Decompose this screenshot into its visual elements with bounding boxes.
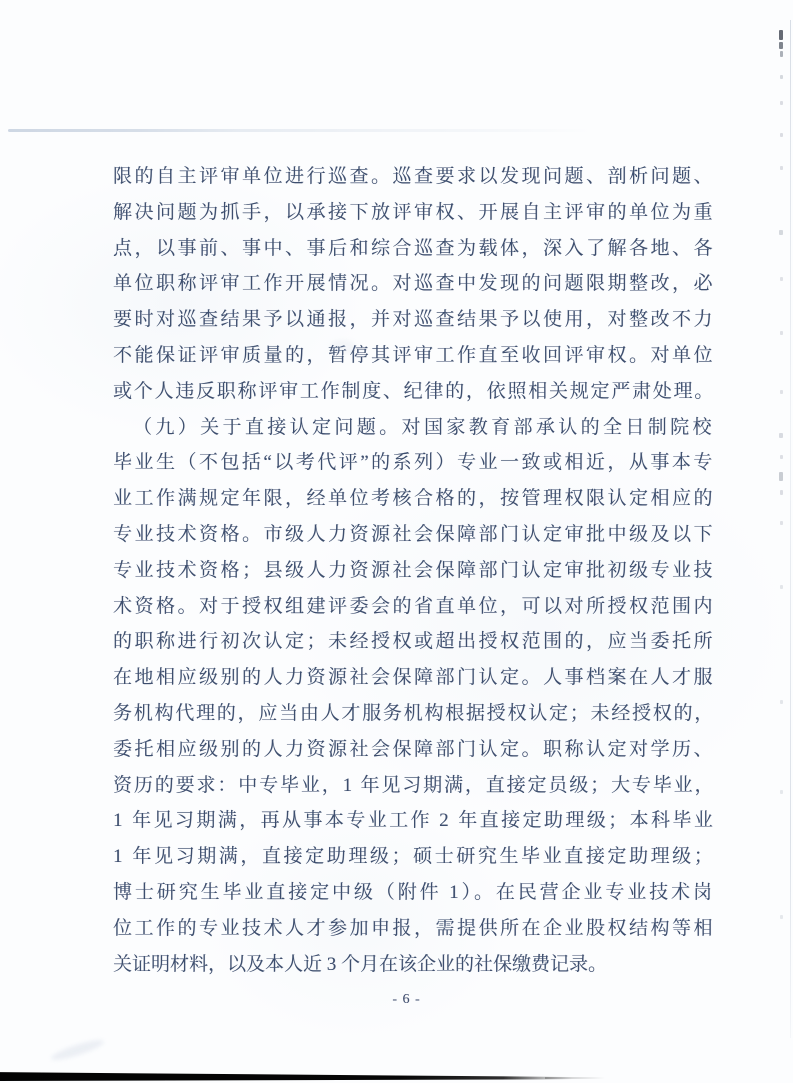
scan-artifact-bottom-bar-tail — [545, 1077, 605, 1079]
scan-artifact-top-line — [8, 129, 593, 132]
scan-artifact-dash — [779, 230, 783, 235]
text-line: 要时对巡查结果予以通报，并对巡查结果予以使用，对整改不力 — [113, 302, 715, 338]
text-line-content: 博士研究生毕业直接定中级（附件 1）。在民营企业专业技术岗 — [113, 875, 715, 911]
scan-artifact-dash — [780, 521, 783, 525]
scan-artifact-dash — [779, 42, 783, 49]
text-line: 位工作的专业技术人才参加申报，需提供所在企业股权结构等相 — [113, 911, 715, 947]
text-line-content: 点，以事前、事中、事后和综合巡查为载体，深入了解各地、各 — [113, 231, 715, 267]
scan-artifact-dash — [779, 30, 783, 40]
text-line: 关证明材料，以及本人近 3 个月在该企业的社保缴费记录。 — [113, 947, 715, 983]
scan-artifact-dash — [780, 915, 783, 919]
text-line-content: 解决问题为抓手，以承接下放评审权、开展自主评审的单位为重 — [113, 195, 715, 231]
text-line-content: 或个人违反职称评审工作制度、纪律的，依照相关规定严肃处理。 — [113, 374, 715, 410]
text-line-content: 不能保证评审质量的，暂停其评审工作直至收回评审权。对单位 — [113, 338, 715, 374]
text-line: 务机构代理的，应当由人才服务机构根据授权认定；未经授权的， — [113, 696, 715, 732]
scan-artifact-dash — [780, 133, 783, 137]
text-line: 1 年见习期满，再从事本专业工作 2 年直接定助理级；本科毕业 — [113, 803, 715, 839]
text-line-content: 务机构代理的，应当由人才服务机构根据授权认定；未经授权的， — [113, 696, 715, 732]
scan-artifact-dash — [780, 51, 783, 57]
scan-artifact-dash — [780, 700, 783, 704]
scan-artifact-dash — [780, 585, 783, 589]
scan-artifact-dash — [780, 490, 783, 495]
scanned-document-page: 限的自主评审单位进行巡查。巡查要求以发现问题、剖析问题、解决问题为抓手，以承接下… — [0, 0, 793, 1083]
scan-artifact-smudge — [50, 1037, 105, 1064]
scan-artifact-smudge — [330, 340, 356, 354]
text-line: 专业技术资格。市级人力资源社会保障部门认定审批中级及以下 — [113, 517, 715, 553]
text-line: 不能保证评审质量的，暂停其评审工作直至收回评审权。对单位 — [113, 338, 715, 374]
text-line-content: 关证明材料，以及本人近 3 个月在该企业的社保缴费记录。 — [113, 947, 607, 983]
text-line: 1 年见习期满，直接定助理级；硕士研究生毕业直接定助理级； — [113, 839, 715, 875]
text-line: 限的自主评审单位进行巡查。巡查要求以发现问题、剖析问题、 — [113, 159, 715, 195]
scan-artifact-dash — [780, 790, 783, 794]
text-line-content: 1 年见习期满，直接定助理级；硕士研究生毕业直接定助理级； — [113, 839, 715, 875]
scan-artifact-dash — [780, 455, 783, 459]
text-line: 单位职称评审工作开展情况。对巡查中发现的问题限期整改，必 — [113, 266, 715, 302]
text-line: 委托相应级别的人力资源社会保障部门认定。职称认定对学历、 — [113, 732, 715, 768]
scan-artifact-bottom-bar — [0, 1072, 572, 1081]
text-line: 点，以事前、事中、事后和综合巡查为载体，深入了解各地、各 — [113, 231, 715, 267]
text-line-content: 专业技术资格。市级人力资源社会保障部门认定审批中级及以下 — [113, 517, 715, 553]
text-line-content: 1 年见习期满，再从事本专业工作 2 年直接定助理级；本科毕业 — [113, 803, 715, 839]
text-line-content: 毕业生（不包括“以考代评”的系列）专业一致或相近，从事本专 — [113, 445, 715, 481]
scan-artifact-right-edge-line — [790, 20, 791, 1038]
scan-artifact-dash — [779, 472, 783, 481]
scan-artifact-dash — [780, 331, 783, 335]
scan-artifact-dash — [780, 75, 783, 79]
text-line: 专业技术资格；县级人力资源社会保障部门认定审批初级专业技 — [113, 553, 715, 589]
scan-artifact-dash — [780, 390, 783, 394]
text-line: 毕业生（不包括“以考代评”的系列）专业一致或相近，从事本专 — [113, 445, 715, 481]
text-line: 资历的要求：中专毕业，1 年见习期满，直接定员级；大专毕业， — [113, 768, 715, 804]
page-number: - 6 - — [10, 992, 793, 1010]
text-line: 或个人违反职称评审工作制度、纪律的，依照相关规定严肃处理。 — [113, 374, 715, 410]
text-line-content: 委托相应级别的人力资源社会保障部门认定。职称认定对学历、 — [113, 732, 715, 768]
text-line: 术资格。对于授权组建评委会的省直单位，可以对所授权范围内 — [113, 589, 715, 625]
text-line-content: 要时对巡查结果予以通报，并对巡查结果予以使用，对整改不力 — [113, 302, 715, 338]
text-line-content: 术资格。对于授权组建评委会的省直单位，可以对所授权范围内 — [113, 589, 715, 625]
text-line-content: 单位职称评审工作开展情况。对巡查中发现的问题限期整改，必 — [113, 266, 715, 302]
document-body-text: 限的自主评审单位进行巡查。巡查要求以发现问题、剖析问题、解决问题为抓手，以承接下… — [113, 159, 715, 982]
text-line-content: 限的自主评审单位进行巡查。巡查要求以发现问题、剖析问题、 — [113, 159, 715, 195]
text-line-content: 位工作的专业技术人才参加申报，需提供所在企业股权结构等相 — [113, 911, 715, 947]
text-line-content: 在地相应级别的人力资源社会保障部门认定。人事档案在人才服 — [113, 660, 715, 696]
text-line: 解决问题为抓手，以承接下放评审权、开展自主评审的单位为重 — [113, 195, 715, 231]
text-line: 在地相应级别的人力资源社会保障部门认定。人事档案在人才服 — [113, 660, 715, 696]
text-line-content: 的职称进行初次认定；未经授权或超出授权范围的，应当委托所 — [113, 624, 715, 660]
scan-artifact-dash — [780, 101, 783, 105]
text-line: 的职称进行初次认定；未经授权或超出授权范围的，应当委托所 — [113, 624, 715, 660]
text-line-content: （九）关于直接认定问题。对国家教育部承认的全日制院校 — [133, 410, 715, 446]
text-line: 博士研究生毕业直接定中级（附件 1）。在民营企业专业技术岗 — [113, 875, 715, 911]
scan-artifact-dash — [780, 166, 783, 170]
text-line-content: 专业技术资格；县级人力资源社会保障部门认定审批初级专业技 — [113, 553, 715, 589]
text-line: （九）关于直接认定问题。对国家教育部承认的全日制院校 — [113, 410, 715, 446]
scan-artifact-dash — [780, 277, 783, 281]
text-line: 业工作满规定年限，经单位考核合格的，按管理权限认定相应的 — [113, 481, 715, 517]
text-line-content: 业工作满规定年限，经单位考核合格的，按管理权限认定相应的 — [113, 481, 715, 517]
scan-artifact-dash — [779, 433, 783, 438]
text-line-content: 资历的要求：中专毕业，1 年见习期满，直接定员级；大专毕业， — [113, 768, 715, 804]
